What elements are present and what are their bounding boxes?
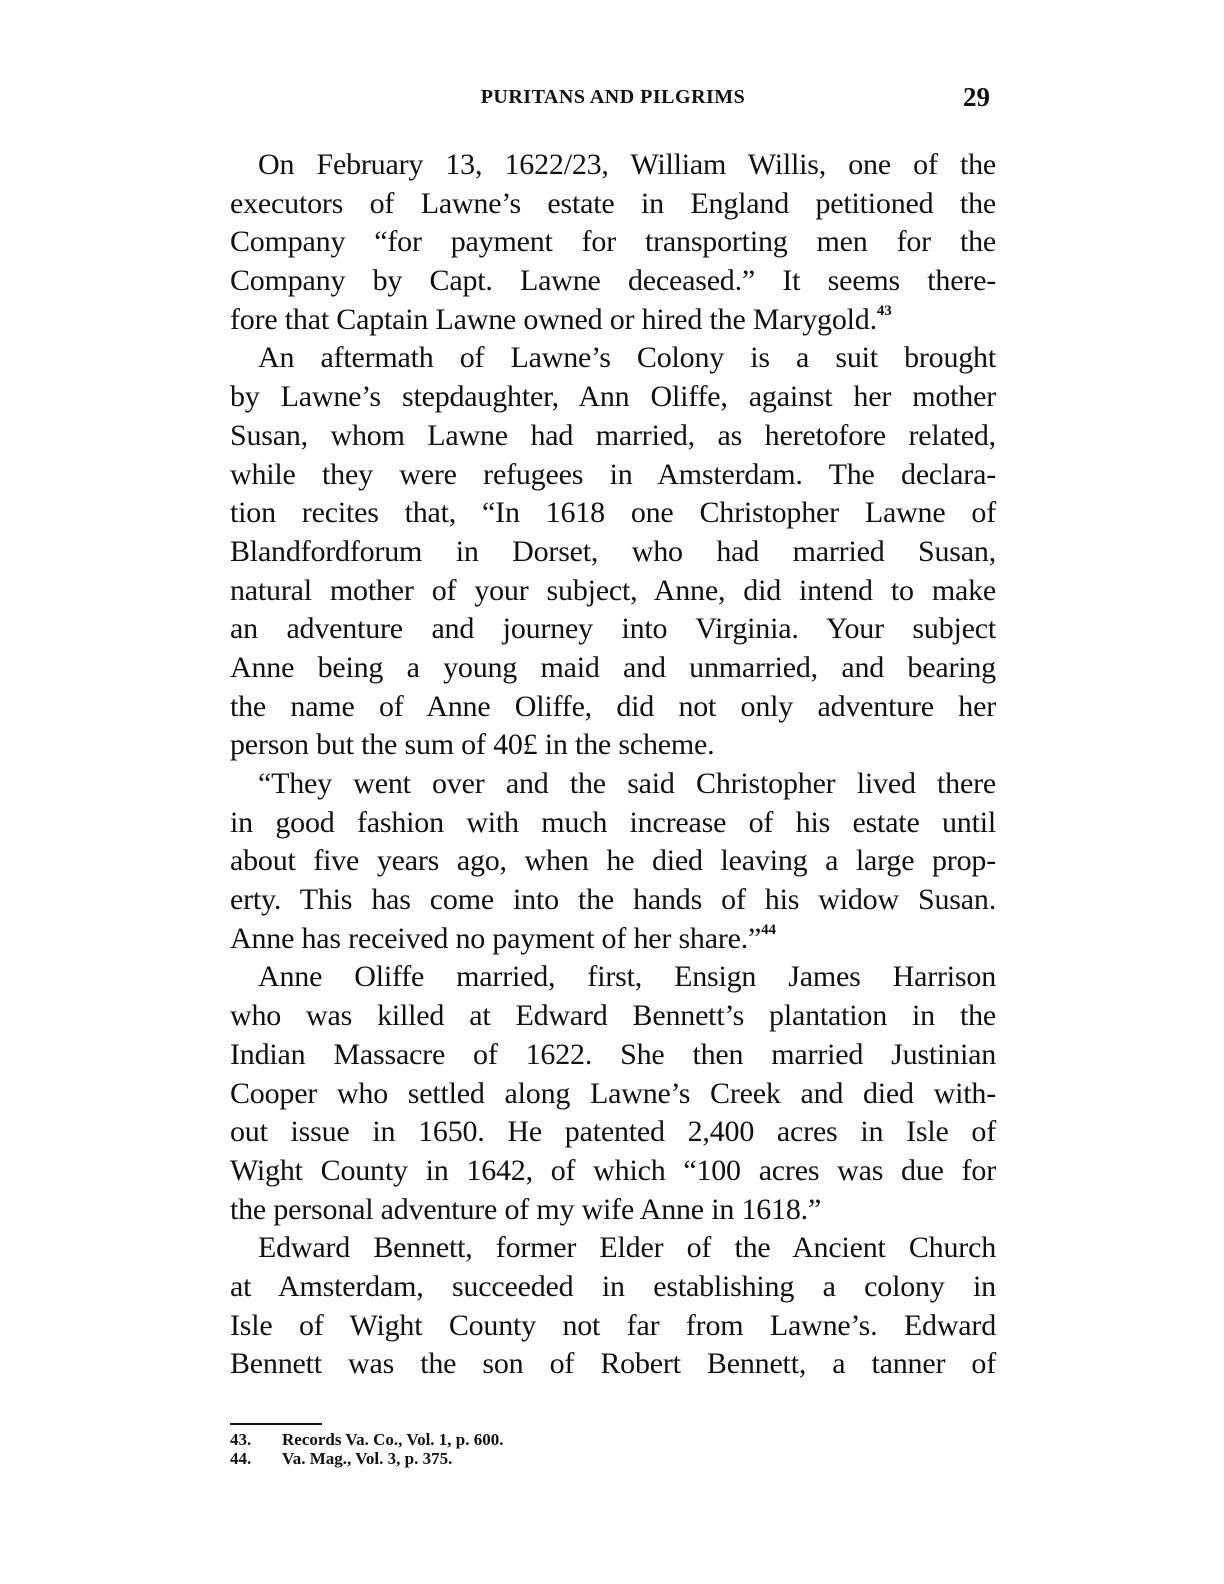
text-line: Indian Massacre of 1622. She then marrie… — [230, 1036, 996, 1075]
paragraph: Edward Bennett, former Elder of the Anci… — [230, 1229, 996, 1384]
text-line: Anne has received no payment of her shar… — [230, 920, 996, 959]
text-line: Company “for payment for transporting me… — [230, 223, 996, 262]
text-line: the personal adventure of my wife Anne i… — [230, 1191, 996, 1230]
text-line: Bennett was the son of Robert Bennett, a… — [230, 1345, 996, 1384]
footnote-number: 44. — [230, 1449, 282, 1468]
running-title: PURITANS AND PILGRIMS — [230, 86, 996, 109]
footnote-text: Va. Mag., Vol. 3, p. 375. — [282, 1449, 452, 1468]
text-line: Isle of Wight County not far from Lawne’… — [230, 1307, 996, 1346]
text-line: natural mother of your subject, Anne, di… — [230, 572, 996, 611]
text-line: person but the sum of 40£ in the scheme. — [230, 726, 996, 765]
text-line: An aftermath of Lawne’s Colony is a suit… — [230, 339, 996, 378]
text-line: an adventure and journey into Virginia. … — [230, 610, 996, 649]
text-line: Cooper who settled along Lawne’s Creek a… — [230, 1075, 996, 1114]
paragraph: An aftermath of Lawne’s Colony is a suit… — [230, 339, 996, 765]
footnote-text: Records Va. Co., Vol. 1, p. 600. — [282, 1430, 504, 1449]
text-line: Edward Bennett, former Elder of the Anci… — [230, 1229, 996, 1268]
footnote-44: 44.Va. Mag., Vol. 3, p. 375. — [230, 1449, 996, 1468]
text-line: Susan, whom Lawne had married, as hereto… — [230, 417, 996, 456]
footnote-number: 43. — [230, 1430, 282, 1449]
text-line: Wight County in 1642, of which “100 acre… — [230, 1152, 996, 1191]
body-text: On February 13, 1622/23, William Willis,… — [230, 146, 996, 1384]
text-line: the name of Anne Oliffe, did not only ad… — [230, 688, 996, 727]
text-line: fore that Captain Lawne owned or hired t… — [230, 301, 996, 340]
text-line: executors of Lawne’s estate in England p… — [230, 185, 996, 224]
text-line: “They went over and the said Christopher… — [230, 765, 996, 804]
text-line: about five years ago, when he died leavi… — [230, 842, 996, 881]
running-header: PURITANS AND PILGRIMS 29 — [230, 82, 996, 112]
footnote-ref-44[interactable]: 44 — [761, 922, 776, 938]
text-line: Anne being a young maid and unmarried, a… — [230, 649, 996, 688]
text-line: tion recites that, “In 1618 one Christop… — [230, 494, 996, 533]
paragraph: Anne Oliffe married, first, Ensign James… — [230, 958, 996, 1229]
text-line: at Amsterdam, succeeded in establishing … — [230, 1268, 996, 1307]
paragraph: On February 13, 1622/23, William Willis,… — [230, 146, 996, 339]
text-line: Blandfordforum in Dorset, who had marrie… — [230, 533, 996, 572]
text-line: Company by Capt. Lawne deceased.” It see… — [230, 262, 996, 301]
text-line: erty. This has come into the hands of hi… — [230, 881, 996, 920]
text-line: Anne Oliffe married, first, Ensign James… — [230, 958, 996, 997]
footnote-ref-43[interactable]: 43 — [877, 303, 892, 319]
footnotes: 43.Records Va. Co., Vol. 1, p. 600. 44.V… — [230, 1430, 996, 1468]
footnote-43: 43.Records Va. Co., Vol. 1, p. 600. — [230, 1430, 996, 1449]
page-number: 29 — [963, 82, 990, 113]
text-line: who was killed at Edward Bennett’s plant… — [230, 997, 996, 1036]
text-line-content: fore that Captain Lawne owned or hired t… — [230, 303, 877, 336]
text-line: in good fashion with much increase of hi… — [230, 804, 996, 843]
text-line: On February 13, 1622/23, William Willis,… — [230, 146, 996, 185]
footnote-divider — [230, 1423, 322, 1425]
paragraph: “They went over and the said Christopher… — [230, 765, 996, 958]
text-line: by Lawne’s stepdaughter, Ann Oliffe, aga… — [230, 378, 996, 417]
text-line-content: Anne has received no payment of her shar… — [230, 922, 761, 955]
text-line: out issue in 1650. He patented 2,400 acr… — [230, 1113, 996, 1152]
text-line: while they were refugees in Amsterdam. T… — [230, 456, 996, 495]
